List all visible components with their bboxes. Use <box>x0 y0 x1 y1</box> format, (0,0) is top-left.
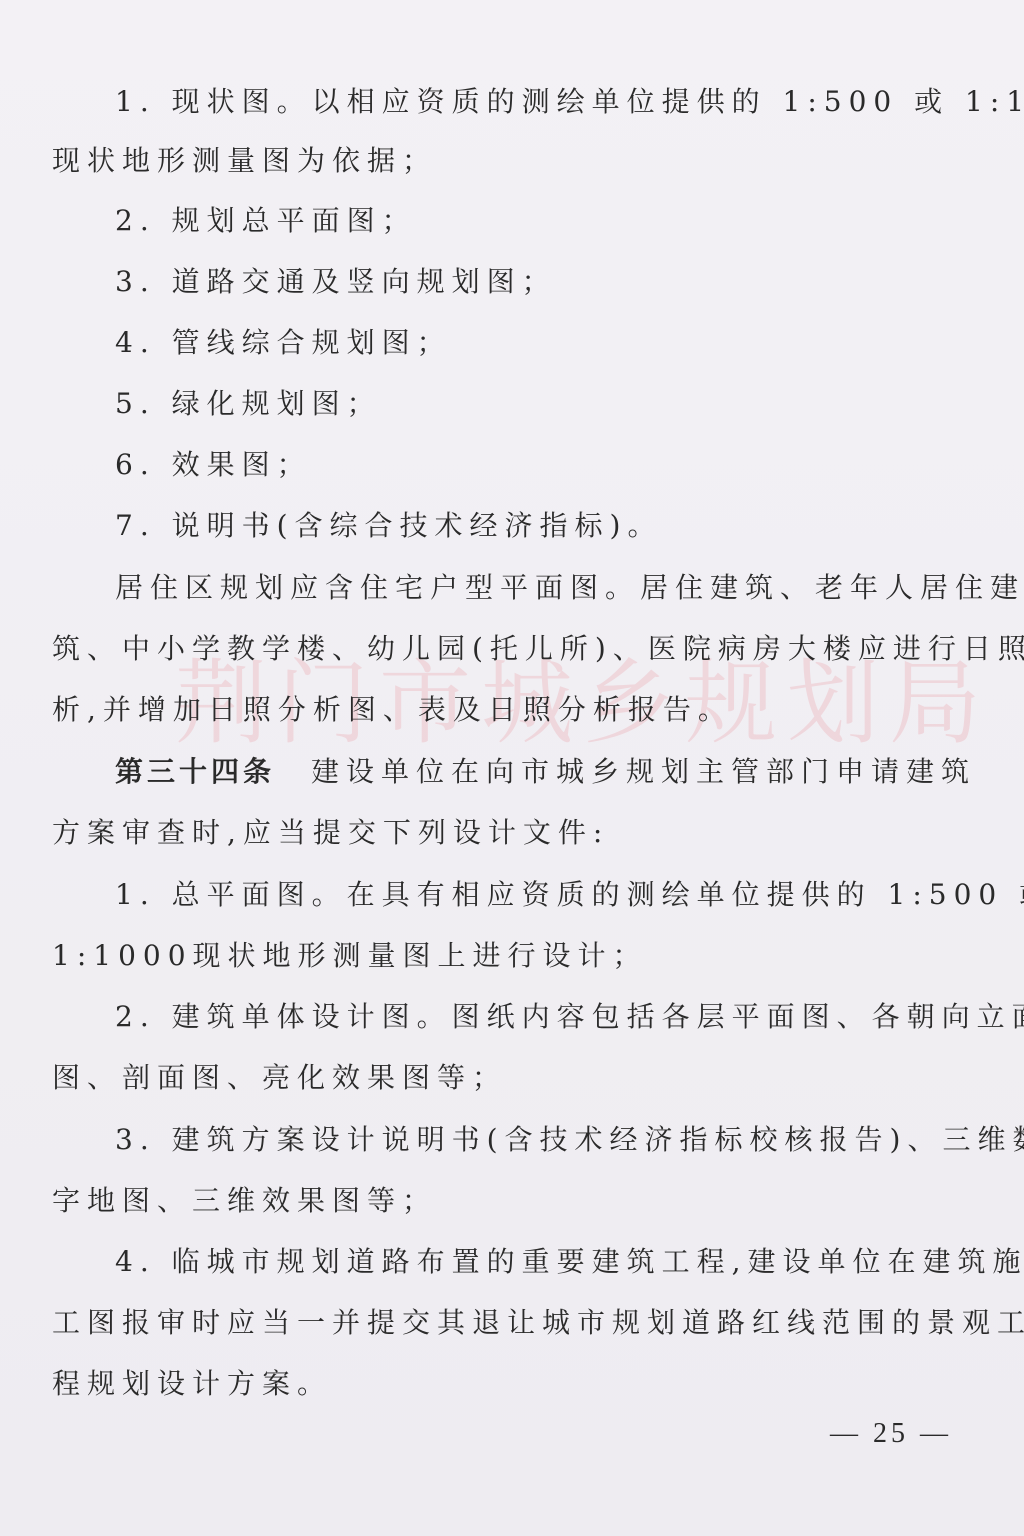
item-1-line-1: 1. 现状图。以相应资质的测绘单位提供的 1:500 或 1:1000 <box>115 82 1024 122</box>
residential-paragraph-line-1: 居住区规划应含住宅户型平面图。居住建筑、老年人居住建 <box>115 568 1024 608</box>
residential-paragraph-line-2: 筑、中小学教学楼、幼儿园(托儿所)、医院病房大楼应进行日照分 <box>52 629 1024 669</box>
b-item-3-line-1: 3. 建筑方案设计说明书(含技术经济指标校核报告)、三维数 <box>115 1120 1024 1160</box>
article-34-line-2: 方案审查时,应当提交下列设计文件: <box>52 813 609 853</box>
b-item-4-line-1: 4. 临城市规划道路布置的重要建筑工程,建设单位在建筑施 <box>115 1242 1024 1282</box>
article-34-text: 建设单位在向市城乡规划主管部门申请建筑 <box>311 755 976 788</box>
article-34-line-1: 第三十四条建设单位在向市城乡规划主管部门申请建筑 <box>115 752 976 792</box>
item-5: 5. 绿化规划图； <box>115 384 382 424</box>
residential-paragraph-line-3: 析,并增加日照分析图、表及日照分析报告。 <box>52 690 733 730</box>
b-item-4-line-3: 程规划设计方案。 <box>52 1364 332 1404</box>
b-item-3-line-2: 字地图、三维效果图等； <box>52 1181 437 1221</box>
item-3: 3. 道路交通及竖向规划图； <box>115 262 557 302</box>
b-item-1-line-2: 1:1000现状地形测量图上进行设计； <box>52 936 648 976</box>
b-item-2-line-2: 图、剖面图、亮化效果图等； <box>52 1058 507 1098</box>
b-item-4-line-2: 工图报审时应当一并提交其退让城市规划道路红线范围的景观工 <box>52 1303 1024 1343</box>
item-6: 6. 效果图； <box>115 445 312 485</box>
page-number: — 25 — <box>830 1418 952 1450</box>
b-item-1-line-1: 1. 总平面图。在具有相应资质的测绘单位提供的 1:500 或 <box>115 875 1024 915</box>
article-heading: 第三十四条 <box>115 755 275 788</box>
document-page: 荆门市城乡规划局 1. 现状图。以相应资质的测绘单位提供的 1:500 或 1:… <box>0 0 1024 1536</box>
item-1-line-2: 现状地形测量图为依据； <box>52 141 437 181</box>
item-2: 2. 规划总平面图； <box>115 201 417 241</box>
item-7: 7. 说明书(含综合技术经济指标)。 <box>115 506 662 546</box>
item-4: 4. 管线综合规划图； <box>115 323 452 363</box>
b-item-2-line-1: 2. 建筑单体设计图。图纸内容包括各层平面图、各朝向立面 <box>115 997 1024 1037</box>
